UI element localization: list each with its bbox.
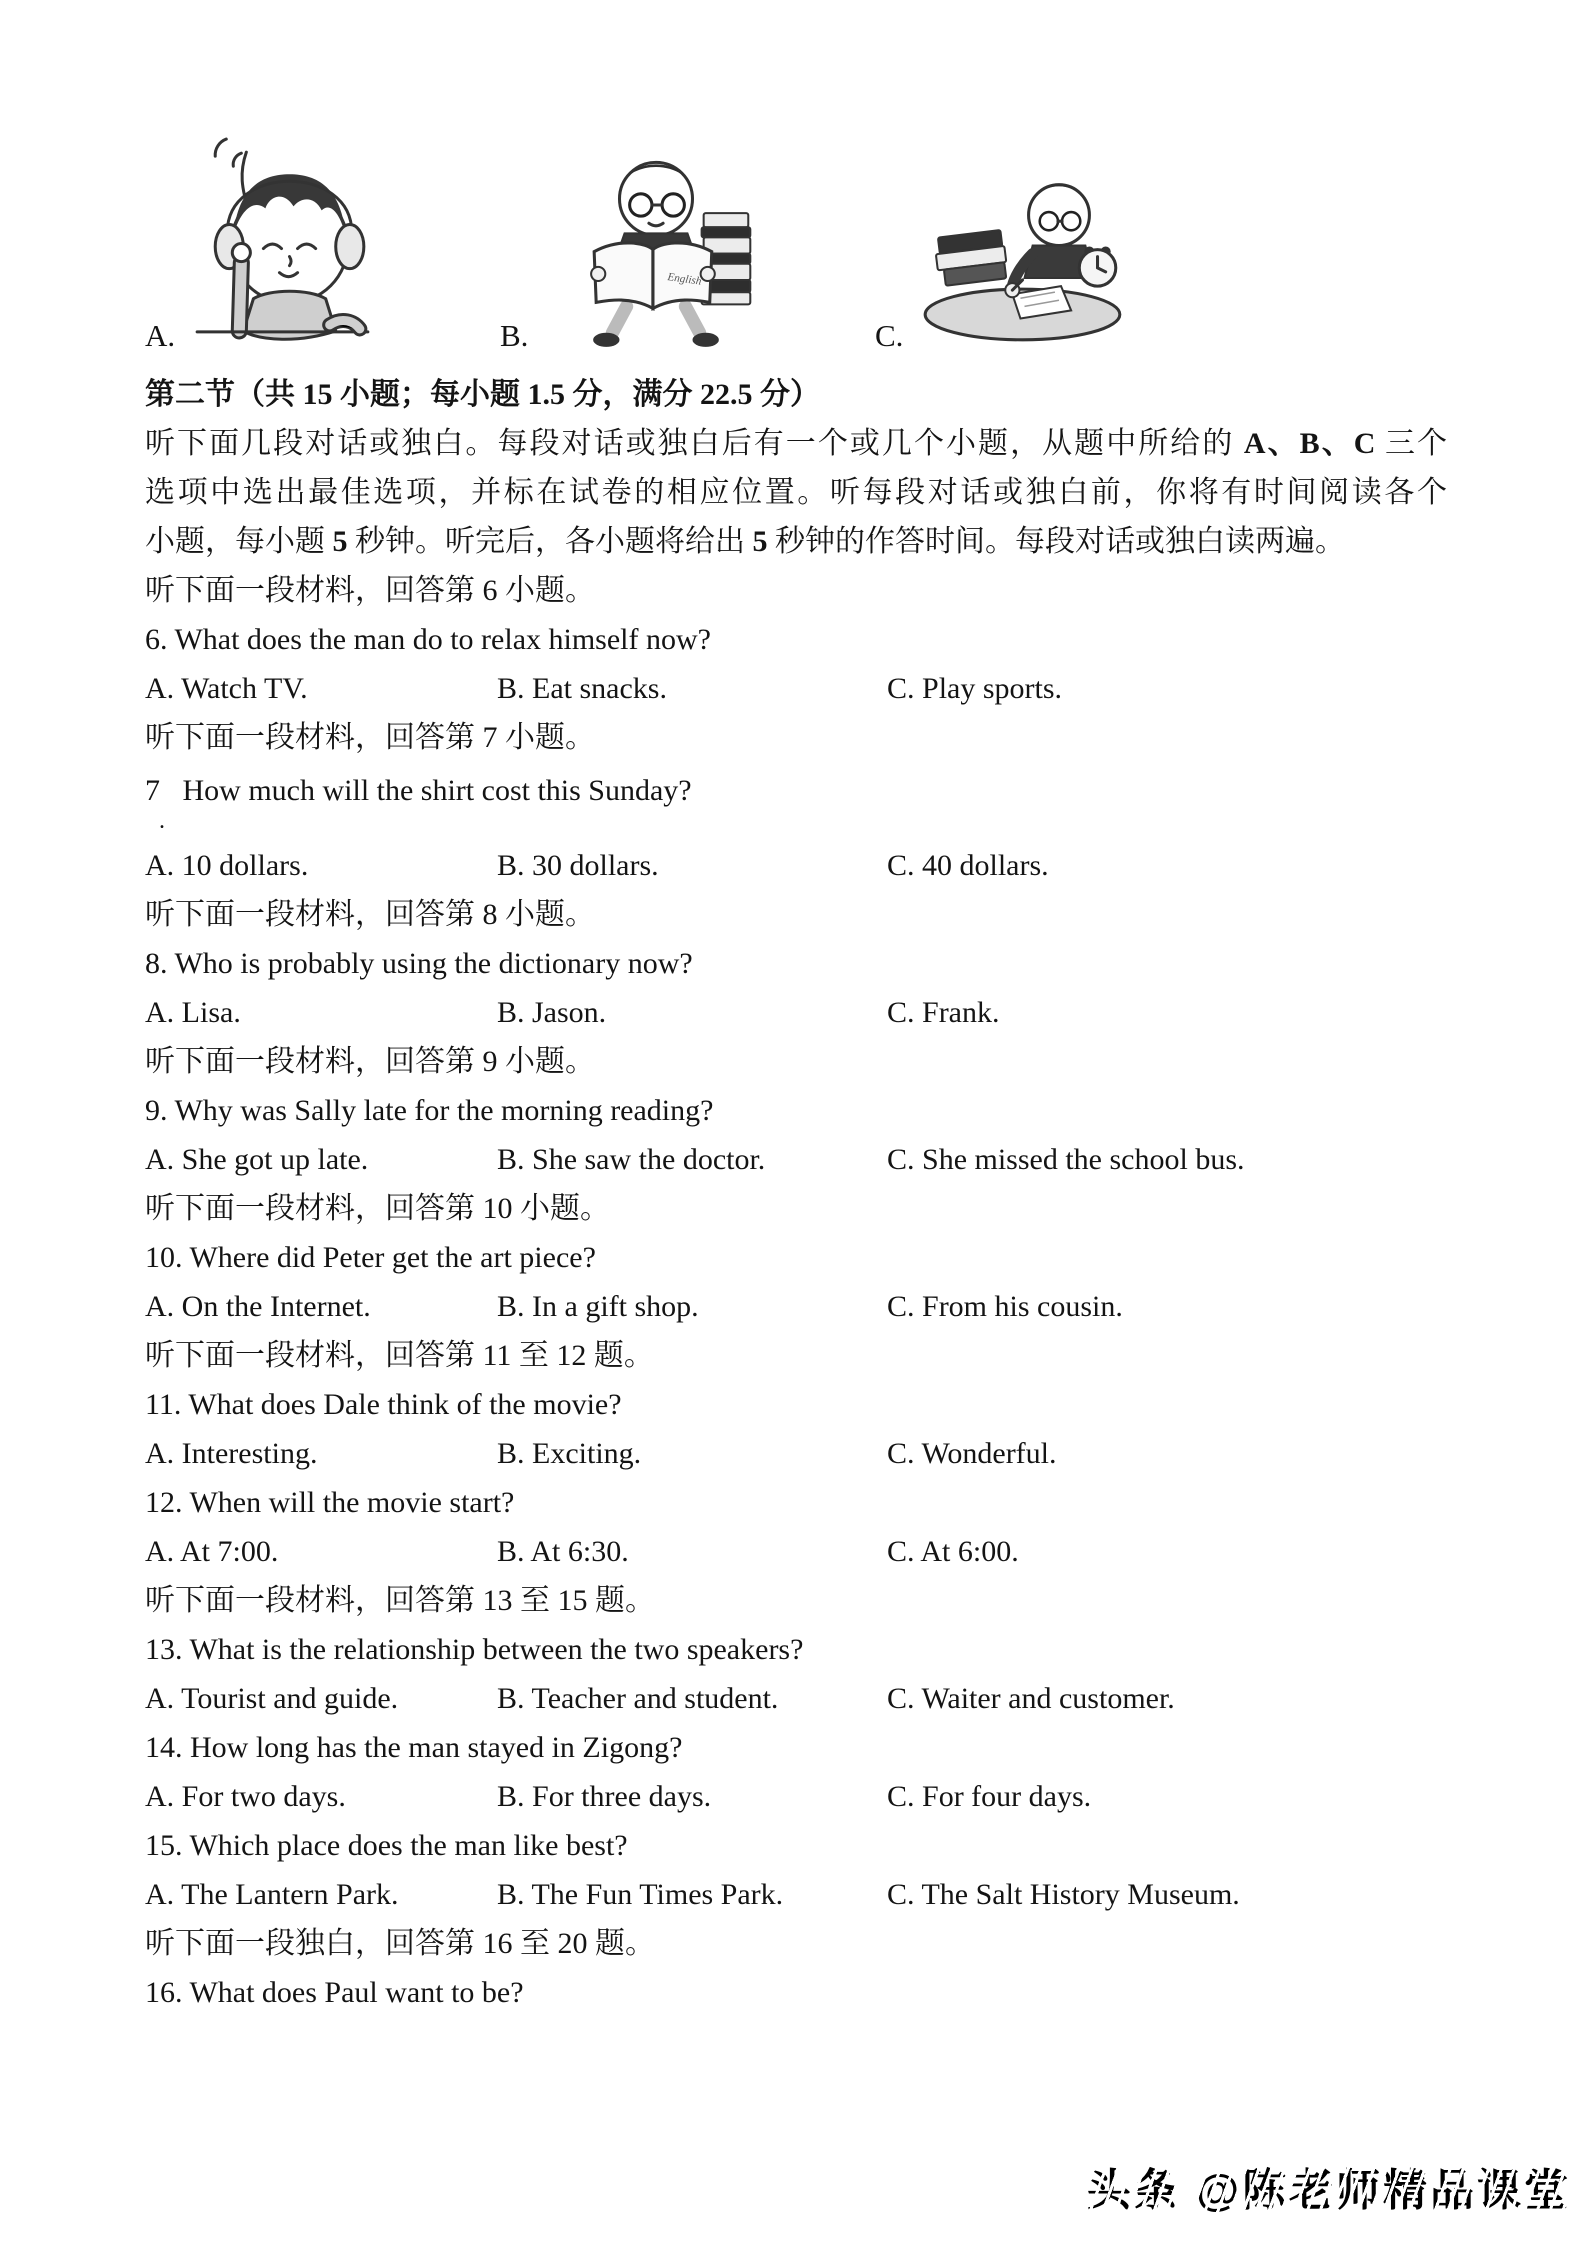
material-note-9: 听下面一段材料，回答第 9 小题。 bbox=[145, 1037, 1447, 1086]
options-9: A. She got up late. B. She saw the docto… bbox=[145, 1135, 1447, 1184]
option-c-label: C. bbox=[875, 316, 903, 356]
question-13-option-a: A. Tourist and guide. bbox=[145, 1674, 497, 1723]
material-note-16-20: 听下面一段独白，回答第 16 至 20 题。 bbox=[145, 1919, 1447, 1968]
question-12: 12. When will the movie start? bbox=[145, 1478, 1447, 1527]
options-13: A. Tourist and guide. B. Teacher and stu… bbox=[145, 1674, 1447, 1723]
option-a-label: A. bbox=[145, 316, 175, 356]
material-note-13-15: 听下面一段材料，回答第 13 至 15 题。 bbox=[145, 1576, 1447, 1625]
question-14: 14. How long has the man stayed in Zigon… bbox=[145, 1723, 1447, 1772]
question-11-option-c: C. Wonderful. bbox=[887, 1429, 1447, 1478]
material-note-7: 听下面一段材料，回答第 7 小题。 bbox=[145, 713, 1447, 762]
watermark: 头条 @陈老师精品课堂 bbox=[1087, 2154, 1571, 2218]
options-11: A. Interesting. B. Exciting. C. Wonderfu… bbox=[145, 1429, 1447, 1478]
question-7: 7 How much will the shirt cost this Sund… bbox=[145, 766, 1447, 815]
exam-page: A. bbox=[145, 0, 1447, 2017]
question-9-option-a: A. She got up late. bbox=[145, 1135, 497, 1184]
question-9-option-c: C. She missed the school bus. bbox=[887, 1135, 1447, 1184]
question-10-option-c: C. From his cousin. bbox=[887, 1282, 1447, 1331]
option-b-label: B. bbox=[500, 316, 528, 356]
question-11-option-a: A. Interesting. bbox=[145, 1429, 497, 1478]
material-note-11-12: 听下面一段材料，回答第 11 至 12 题。 bbox=[145, 1331, 1447, 1380]
studying-at-desk-illustration bbox=[917, 134, 1129, 352]
options-15: A. The Lantern Park. B. The Fun Times Pa… bbox=[145, 1870, 1447, 1919]
options-12: A. At 7:00. B. At 6:30. C. At 6:00. bbox=[145, 1527, 1447, 1576]
question-8: 8. Who is probably using the dictionary … bbox=[145, 939, 1447, 988]
question-10-option-a: A. On the Internet. bbox=[145, 1282, 497, 1331]
illustration-b: English B. bbox=[500, 112, 875, 358]
material-note-10: 听下面一段材料，回答第 10 小题。 bbox=[145, 1184, 1447, 1233]
instructions-line-2: 选项中选出最佳选项，并标在试卷的相应位置。听每段对话或独白前，你将有时间阅读各个 bbox=[145, 468, 1447, 517]
question-6-option-a: A. Watch TV. bbox=[145, 664, 497, 713]
illustration-a: A. bbox=[145, 112, 500, 358]
instructions-line-3: 小题，每小题 5 秒钟。听完后，各小题将给出 5 秒钟的作答时间。每段对话或独白… bbox=[145, 517, 1447, 566]
question-14-option-b: B. For three days. bbox=[497, 1772, 887, 1821]
options-6: A. Watch TV. B. Eat snacks. C. Play spor… bbox=[145, 664, 1447, 713]
options-8: A. Lisa. B. Jason. C. Frank. bbox=[145, 988, 1447, 1037]
question-11-option-b: B. Exciting. bbox=[497, 1429, 887, 1478]
question-15-option-b: B. The Fun Times Park. bbox=[497, 1870, 887, 1919]
question-9: 9. Why was Sally late for the morning re… bbox=[145, 1086, 1447, 1135]
material-note-8: 听下面一段材料，回答第 8 小题。 bbox=[145, 890, 1447, 939]
section-header: 第二节（共 15 小题；每小题 1.5 分，满分 22.5 分） bbox=[145, 370, 1447, 419]
illustration-c: C. bbox=[875, 112, 1265, 358]
question-6-option-b: B. Eat snacks. bbox=[497, 664, 887, 713]
question-8-option-b: B. Jason. bbox=[497, 988, 887, 1037]
question-7-option-a: A. 10 dollars. bbox=[145, 841, 497, 890]
picture-options-row: A. bbox=[145, 112, 1447, 358]
question-11: 11. What does Dale think of the movie? bbox=[145, 1380, 1447, 1429]
question-7-option-b: B. 30 dollars. bbox=[497, 841, 887, 890]
question-13: 13. What is the relationship between the… bbox=[145, 1625, 1447, 1674]
options-10: A. On the Internet. B. In a gift shop. C… bbox=[145, 1282, 1447, 1331]
question-10: 10. Where did Peter get the art piece? bbox=[145, 1233, 1447, 1282]
instructions-line-1: 听下面几段对话或独白。每段对话或独白后有一个或几个小题，从题中所给的 A、B、C… bbox=[145, 419, 1447, 468]
question-16: 16. What does Paul want to be? bbox=[145, 1968, 1447, 2017]
question-7-stray-period: . bbox=[145, 815, 1447, 841]
question-7-option-c: C. 40 dollars. bbox=[887, 841, 1447, 890]
question-12-option-c: C. At 6:00. bbox=[887, 1527, 1447, 1576]
question-6: 6. What does the man do to relax himself… bbox=[145, 615, 1447, 664]
material-note-6: 听下面一段材料，回答第 6 小题。 bbox=[145, 566, 1447, 615]
question-15-option-c: C. The Salt History Museum. bbox=[887, 1870, 1447, 1919]
exam-text: 第二节（共 15 小题；每小题 1.5 分，满分 22.5 分） 听下面几段对话… bbox=[145, 370, 1447, 2017]
question-8-option-a: A. Lisa. bbox=[145, 988, 497, 1037]
question-6-option-c: C. Play sports. bbox=[887, 664, 1447, 713]
reading-english-book-illustration: English bbox=[558, 134, 754, 352]
question-10-option-b: B. In a gift shop. bbox=[497, 1282, 887, 1331]
question-15: 15. Which place does the man like best? bbox=[145, 1821, 1447, 1870]
question-13-option-c: C. Waiter and customer. bbox=[887, 1674, 1447, 1723]
question-9-option-b: B. She saw the doctor. bbox=[497, 1135, 887, 1184]
options-7: A. 10 dollars. B. 30 dollars. C. 40 doll… bbox=[145, 841, 1447, 890]
question-14-option-a: A. For two days. bbox=[145, 1772, 497, 1821]
question-13-option-b: B. Teacher and student. bbox=[497, 1674, 887, 1723]
question-14-option-c: C. For four days. bbox=[887, 1772, 1447, 1821]
question-8-option-c: C. Frank. bbox=[887, 988, 1447, 1037]
options-14: A. For two days. B. For three days. C. F… bbox=[145, 1772, 1447, 1821]
question-12-option-b: B. At 6:30. bbox=[497, 1527, 887, 1576]
listening-headphones-illustration bbox=[187, 116, 377, 352]
question-15-option-a: A. The Lantern Park. bbox=[145, 1870, 497, 1919]
question-12-option-a: A. At 7:00. bbox=[145, 1527, 497, 1576]
